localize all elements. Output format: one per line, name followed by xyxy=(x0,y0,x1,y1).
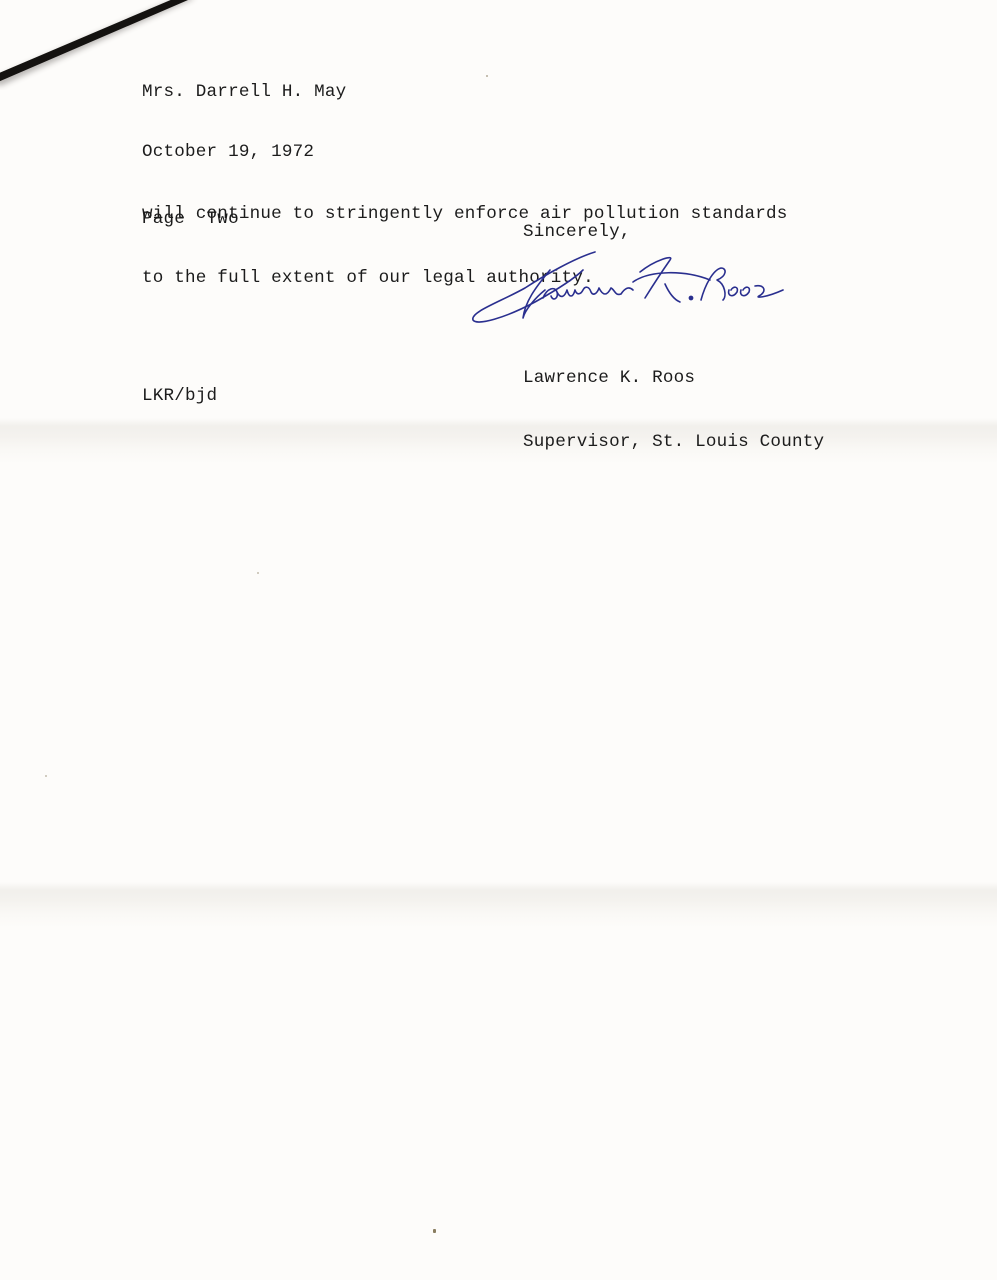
paper-speck xyxy=(433,1229,436,1233)
signer-block: Lawrence K. Roos Supervisor, St. Louis C… xyxy=(523,325,824,495)
body-line: will continue to stringently enforce air… xyxy=(142,203,787,225)
recipient-name: Mrs. Darrell H. May xyxy=(142,83,346,101)
handwritten-signature xyxy=(465,240,795,330)
letter-date: October 19, 1972 xyxy=(142,143,346,161)
letter-page: Mrs. Darrell H. May October 19, 1972 Pag… xyxy=(0,0,997,1280)
paper-fold-line-upper xyxy=(0,418,997,464)
paper-speck xyxy=(486,75,488,77)
paper-fold-line-lower xyxy=(0,882,997,928)
signer-title: Supervisor, St. Louis County xyxy=(523,431,824,453)
reference-initials: LKR/bjd xyxy=(142,386,217,407)
signer-name: Lawrence K. Roos xyxy=(523,367,824,389)
paper-speck xyxy=(45,775,47,777)
paper-speck xyxy=(257,572,259,574)
